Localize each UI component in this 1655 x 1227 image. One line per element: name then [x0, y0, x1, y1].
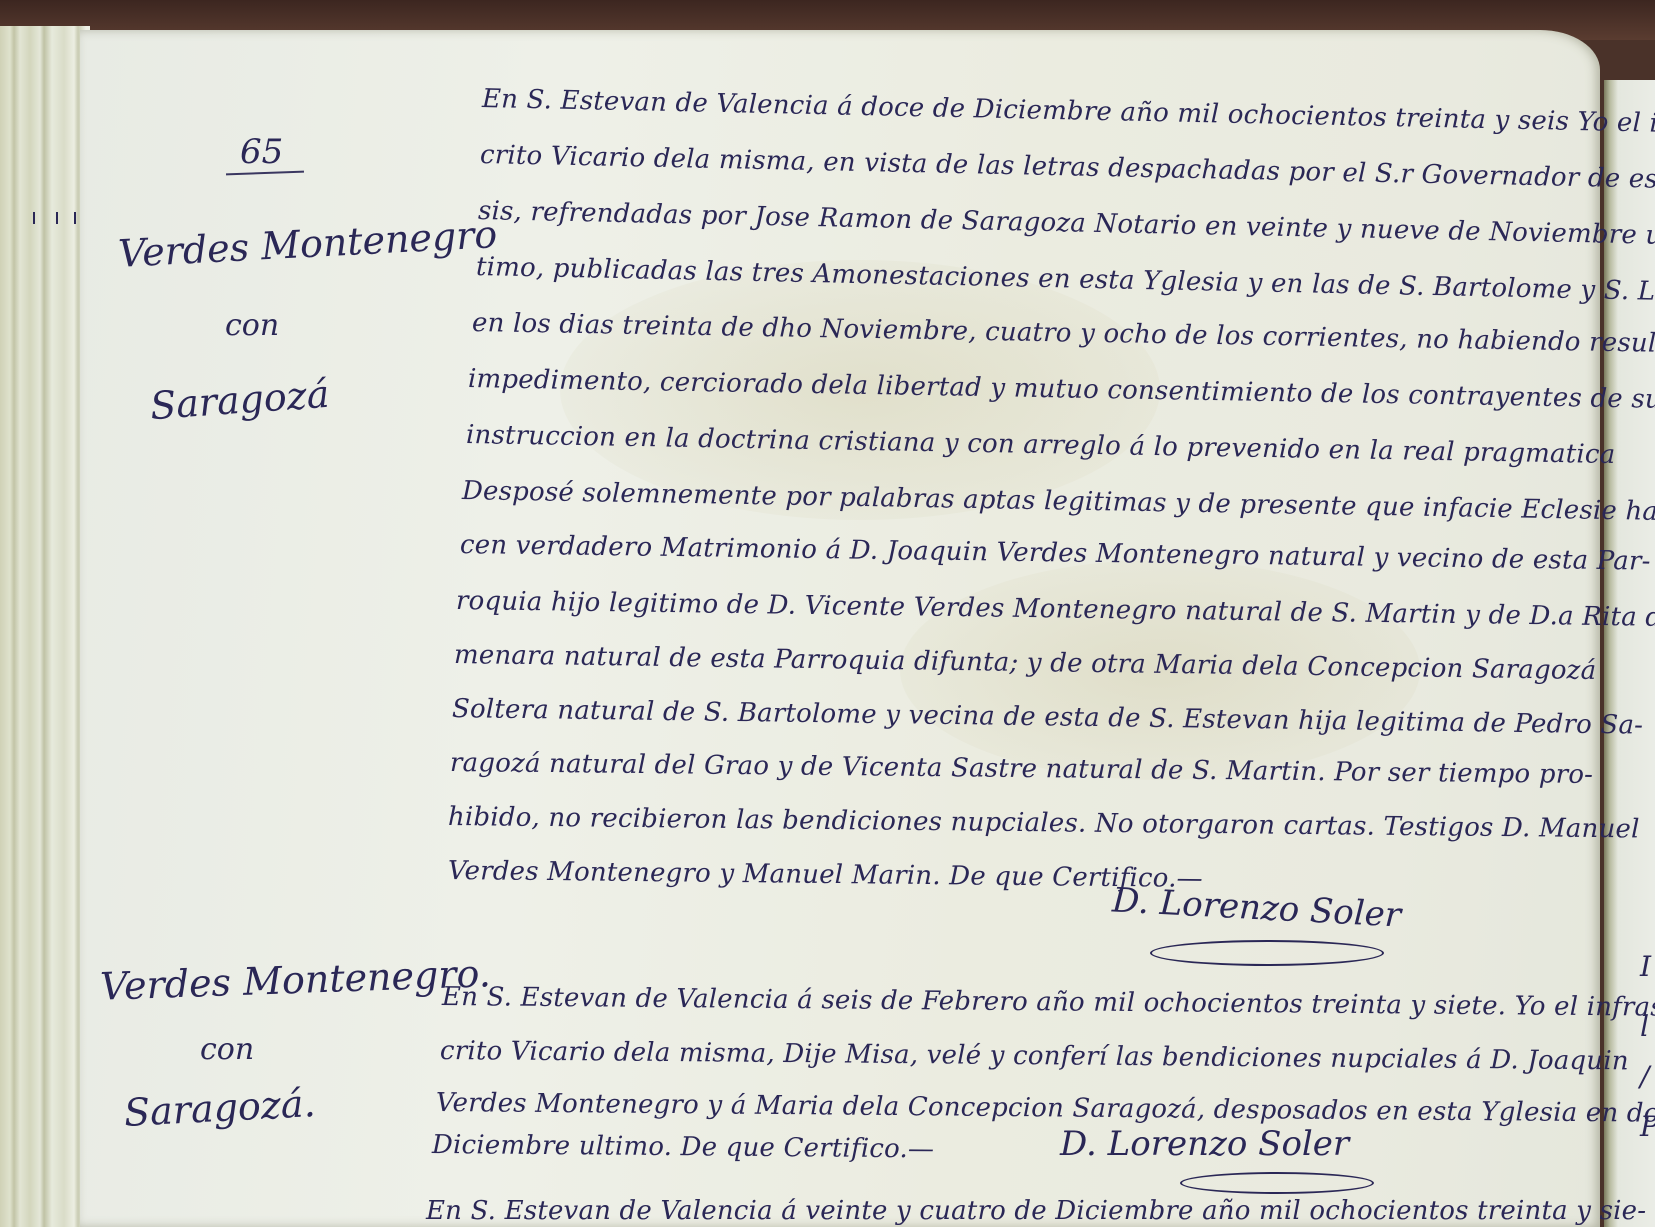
facing-page-text: l: [1640, 1010, 1649, 1043]
margin-tick: [33, 212, 35, 224]
signature-rubric: [1180, 1172, 1374, 1194]
text-line: En S. Estevan de Valencia á veinte y cua…: [426, 1196, 1646, 1226]
page-edges-stack: [0, 26, 90, 1227]
margin-tick: [56, 212, 58, 224]
facing-page-text: P: [1640, 1110, 1655, 1143]
entry-number: 65: [240, 132, 283, 172]
signature-rubric: [1150, 940, 1384, 966]
text-line: Diciembre ultimo. De que Certifico.—: [432, 1130, 934, 1164]
facing-page-text: /: [1640, 1060, 1649, 1093]
facing-page-text: I: [1640, 950, 1651, 983]
margin-con: con: [225, 308, 279, 343]
signature-vicar: D. Lorenzo Soler: [1060, 1124, 1349, 1164]
margin-tick: [74, 212, 76, 224]
margin-con: con: [200, 1032, 254, 1067]
